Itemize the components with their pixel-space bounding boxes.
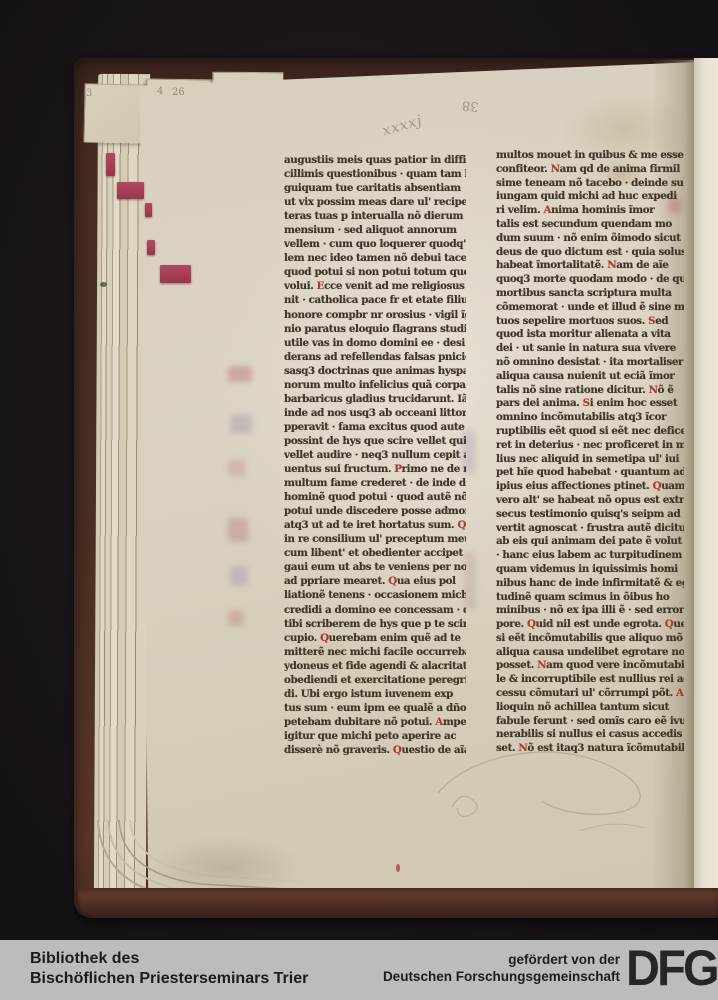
- manuscript-text-line: volui. Ecce venit ad me religiosus iuve: [284, 279, 466, 293]
- manuscript-text-line: secus testimonio quisq's seipm ad: [496, 508, 684, 522]
- manuscript-text-line: sime teneam nõ tacebo · deinde sub: [496, 177, 684, 191]
- rubricated-initial: Q: [527, 618, 536, 630]
- manuscript-text-line: pore. Quid nil est unde egrota. Que: [496, 618, 684, 632]
- rubricated-initial: Q: [320, 632, 329, 644]
- manuscript-text-line: norum multo infelicius quã corpa: [284, 378, 466, 392]
- manuscript-text-line: fabule ferunt · sed omĩs caro eẽ ivul: [496, 715, 684, 729]
- manuscript-text-line: ydoneus et fide agendi & alacritate: [284, 659, 466, 673]
- library-attribution-line1: Bibliothek des: [30, 949, 308, 969]
- manuscript-text-line: lioquin nõ achillea tantum sicut: [496, 701, 684, 715]
- manuscript-text-line: quoq3 morte quodam modo · de qua: [496, 273, 684, 287]
- manuscript-text-line: mensium · sed aliquot annorum: [284, 223, 466, 237]
- manuscript-text-line: atq3 ut ad te iret hortatus sum. Qa: [284, 518, 466, 532]
- manuscript-text-line: si eẽt incõmutabilis que aliquo mõ: [496, 632, 684, 646]
- manuscript-text-line: liationẽ tenens · occasionem michi: [284, 588, 466, 602]
- manuscript-text-line: inde ad nos usq3 ab occeani littore: [284, 406, 466, 420]
- manuscript-text-line: talis est secundum quendam mo: [496, 218, 684, 232]
- manuscript-text-line: quod ista moritur alienata a vita: [496, 328, 684, 342]
- manuscript-text-line: credidi a domino ee concessam · qua: [284, 603, 466, 617]
- next-page-edge: [694, 58, 718, 910]
- rubricated-initial: Q: [388, 575, 397, 587]
- manuscript-text-line: cessu cõmutari ul' cõrrumpi põt. A: [496, 687, 684, 701]
- manuscript-text-line: habeat ĩmortalitatẽ. Nam de aĩe: [496, 259, 684, 273]
- rubricated-initial: A: [544, 204, 552, 216]
- manuscript-text-line: cum libent' et obedienter accipet ro: [284, 546, 466, 560]
- rubricated-initial: A: [676, 687, 684, 699]
- manuscript-text-line: deus de quo dictum est · quia solus: [496, 246, 684, 260]
- rubricated-initial: S: [648, 315, 655, 327]
- manuscript-text-line: multum fame crederet · de inde docui: [284, 476, 466, 490]
- manuscript-text-line: obediendi et exercitatione peregrinã: [284, 673, 466, 687]
- rubricated-initial: N: [649, 384, 658, 396]
- manuscript-text-line: ad ppriare mearet. Qua eius pol: [284, 574, 466, 588]
- folio-pencil-number: 38: [461, 97, 479, 113]
- rubricated-initial: P: [394, 463, 401, 475]
- manuscript-text-line: tibi scriberem de hys que p te scire: [284, 617, 466, 631]
- manuscript-text-line: guiquam tue caritatis absentiam: [284, 181, 466, 195]
- manuscript-text-line: vellem · cum quo loquerer quodq'd vel: [284, 237, 466, 251]
- rubricated-initial: A: [435, 716, 443, 728]
- manuscript-text-line: igitur que michi peto aperire ac: [284, 729, 466, 743]
- manuscript-text-line: petebam dubitare nõ potui. Ampe: [284, 715, 466, 729]
- rubricated-initial: N: [551, 163, 560, 175]
- manuscript-text-line: ut vix possim meas dare ul' recipe lit: [284, 195, 466, 209]
- library-attribution-line2: Bischöflichen Priesterseminars Trier: [30, 969, 308, 989]
- manuscript-text-line: iungam quid michi ad huc expedi: [496, 190, 684, 204]
- flyleaf-corner: [83, 83, 149, 143]
- manuscript-text-line: · hanc eius labem ac turpitudinem: [496, 549, 684, 563]
- manuscript-text-line: pars dei anima. Si enim hoc esset: [496, 397, 684, 411]
- manuscript-text-line: tuos sepelire mortuos suos. Sed: [496, 315, 684, 329]
- manuscript-text-line: teras tuas p interualla nõ dierum nõ: [284, 209, 466, 223]
- flyleaf-pencil-number: 26: [172, 87, 185, 98]
- manuscript-text-line: mortibus sancta scriptura multa: [496, 287, 684, 301]
- rubricated-initial: N: [537, 659, 546, 671]
- manuscript-text-line: vero alt' se habeat nõ opus est extrin: [496, 494, 684, 508]
- rubricated-initial: Q: [457, 519, 466, 531]
- manuscript-text-line: posset. Nam quod vere incõmutabi: [496, 659, 684, 673]
- digitized-manuscript-photo: 3 4 26 38 xxxxj augustiis meis quas pati…: [0, 0, 718, 1000]
- flyleaf-pencil-number: 4: [157, 86, 163, 97]
- manuscript-text-line: ret in deterius · nec proficeret in me: [496, 439, 684, 453]
- manuscript-text-line: di. Ubi ergo istum iuvenem exp: [284, 687, 466, 701]
- manuscript-text-line: pet hĩe quod habebat · quantum ad: [496, 466, 684, 480]
- rubricated-initial: Q: [393, 744, 402, 756]
- manuscript-text-line: disserè nõ graveris. Questio de aĩa: [284, 743, 466, 757]
- manuscript-text-line: derans ad refellendas falsas pnicio: [284, 350, 466, 364]
- manuscript-text-line: tudinẽ quam scimus in õibus ho: [496, 591, 684, 605]
- manuscript-text-line: nõ omnino desistat · ita mortaliser: [496, 356, 684, 370]
- manuscript-text-line: dei · ut sanie in natura sua vivere: [496, 342, 684, 356]
- manuscript-text-line: augustiis meis quas patior in diffi: [284, 153, 466, 167]
- bookmark-tab: [117, 182, 144, 199]
- manuscript-text-line: aliqua causa nuienit ut eciã ĩmor: [496, 370, 684, 384]
- text-column-right: multos mouet in quibus & me esseconfiteo…: [496, 149, 684, 756]
- rubricated-initial: E: [317, 280, 324, 292]
- rubricated-initial: S: [583, 397, 590, 409]
- manuscript-text-line: honore compbr nr orosius · vigil ĩge: [284, 308, 466, 322]
- manuscript-text-line: talis nõ sine ratione dicitur. Nõ ẽ: [496, 384, 684, 398]
- manuscript-text-line: ruptibilis eẽt quod si eẽt nec defice: [496, 425, 684, 439]
- manuscript-text-line: minibus · nõ ex ipa illi ẽ · sed error: [496, 604, 684, 618]
- manuscript-text-line: potui unde discedere posse admonui: [284, 504, 466, 518]
- manuscript-text-line: aliqua causa undelibet egrotare no: [496, 646, 684, 660]
- manuscript-text-line: set. Nõ est itaq3 natura ĩcõmutabil': [496, 742, 684, 756]
- manuscript-text-line: possint de hys que scire vellet quidq'd: [284, 434, 466, 448]
- manuscript-text-line: nerabilis si nullus ei casus accedis: [496, 728, 684, 742]
- bookmark-tab: [160, 265, 191, 283]
- manuscript-text-line: utile vas in domo domini ee · desi: [284, 336, 466, 350]
- rubricated-initial: N: [518, 742, 527, 754]
- funding-credit: gefördert von der Deutschen Forschungsge…: [330, 951, 620, 985]
- manuscript-text-line: hominẽ quod potui · quod autẽ nõ: [284, 490, 466, 504]
- manuscript-text-line: ri velim. Anima hominis ĩmor: [496, 204, 684, 218]
- rubricated-initial: Q: [665, 618, 674, 630]
- manuscript-text-line: lem nec ideo tamen nõ debui tacere: [284, 251, 466, 265]
- bookmark-tab: [145, 203, 152, 217]
- digitization-caption-bar: Bibliothek des Bischöflichen Priestersem…: [0, 940, 718, 1000]
- bookmark-tab: [106, 153, 115, 176]
- flyleaf-pencil-number: 3: [86, 88, 92, 99]
- manuscript-text-line: nio paratus eloquio flagrans studio: [284, 322, 466, 336]
- manuscript-text-line: pperavit · fama excitus quod aute: [284, 420, 466, 434]
- funding-credit-line2: Deutschen Forschungsgemeinschaft: [330, 968, 620, 985]
- manuscript-text-line: gaui eum ut abs te veniens per nos: [284, 560, 466, 574]
- manuscript-text-line: nibus hanc de inde infirmitatẽ & eg: [496, 577, 684, 591]
- manuscript-text-line: tus sum · eum ipm ee qualẽ a dño: [284, 701, 466, 715]
- rubricated-initial: N: [607, 259, 616, 271]
- text-column-left: augustiis meis quas patior in difficilli…: [284, 153, 466, 757]
- manuscript-text-line: sasq3 doctrinas que animas hyspa: [284, 364, 466, 378]
- manuscript-text-line: le & incorruptibile est nullius rei ac: [496, 673, 684, 687]
- manuscript-text-line: quod potui si non potui totum quod: [284, 265, 466, 279]
- funding-credit-line1: gefördert von der: [330, 951, 620, 968]
- manuscript-text-line: multos mouet in quibus & me esse: [496, 149, 684, 163]
- manuscript-text-line: quam videmus in iquissimis homi: [496, 563, 684, 577]
- library-attribution: Bibliothek des Bischöflichen Priestersem…: [30, 949, 308, 989]
- manuscript-text-line: ab eis qui animam dei pate ẽ volut: [496, 535, 684, 549]
- manuscript-text-line: lius nec aliquid in semetipa ul' iui: [496, 453, 684, 467]
- manuscript-text-line: in re consilium ul' preceptum meum: [284, 532, 466, 546]
- bookmark-tab: [147, 240, 155, 255]
- manuscript-text-line: ipius eius affectiones ptinet. Quam: [496, 480, 684, 494]
- manuscript-text-line: mitterẽ nec michi facile occurrebat: [284, 645, 466, 659]
- manuscript-text-line: cupio. Querebam enim quẽ ad te: [284, 631, 466, 645]
- manuscript-text-line: cõmemorat · unde et illud ẽ sine mo: [496, 301, 684, 315]
- manuscript-text-line: vertit agnoscat · frustra autẽ dicitur: [496, 522, 684, 536]
- manuscript-text-line: dum suum · nõ enim õimodo sicut: [496, 232, 684, 246]
- manuscript-text-line: barbaricus gladius trucidarunt. Iã: [284, 392, 466, 406]
- manuscript-text-line: uentus sui fructum. Primo ne de me: [284, 462, 466, 476]
- manuscript-text-line: omnino incõmutabilis atq3 ĩcor: [496, 411, 684, 425]
- manuscript-text-line: cillimis questionibus · quam tam lõ: [284, 167, 466, 181]
- manuscript-text-line: vellet audire · neq3 nullum cepit ad: [284, 448, 466, 462]
- manuscript-text-line: nit · catholica pace fr et etate filius …: [284, 293, 466, 307]
- book-cover-bottom-edge: [78, 888, 718, 916]
- rubricated-initial: Q: [653, 480, 662, 492]
- manuscript-text-line: confiteor. Nam qd de anima firmil: [496, 163, 684, 177]
- dfg-logo: DFG: [626, 942, 717, 994]
